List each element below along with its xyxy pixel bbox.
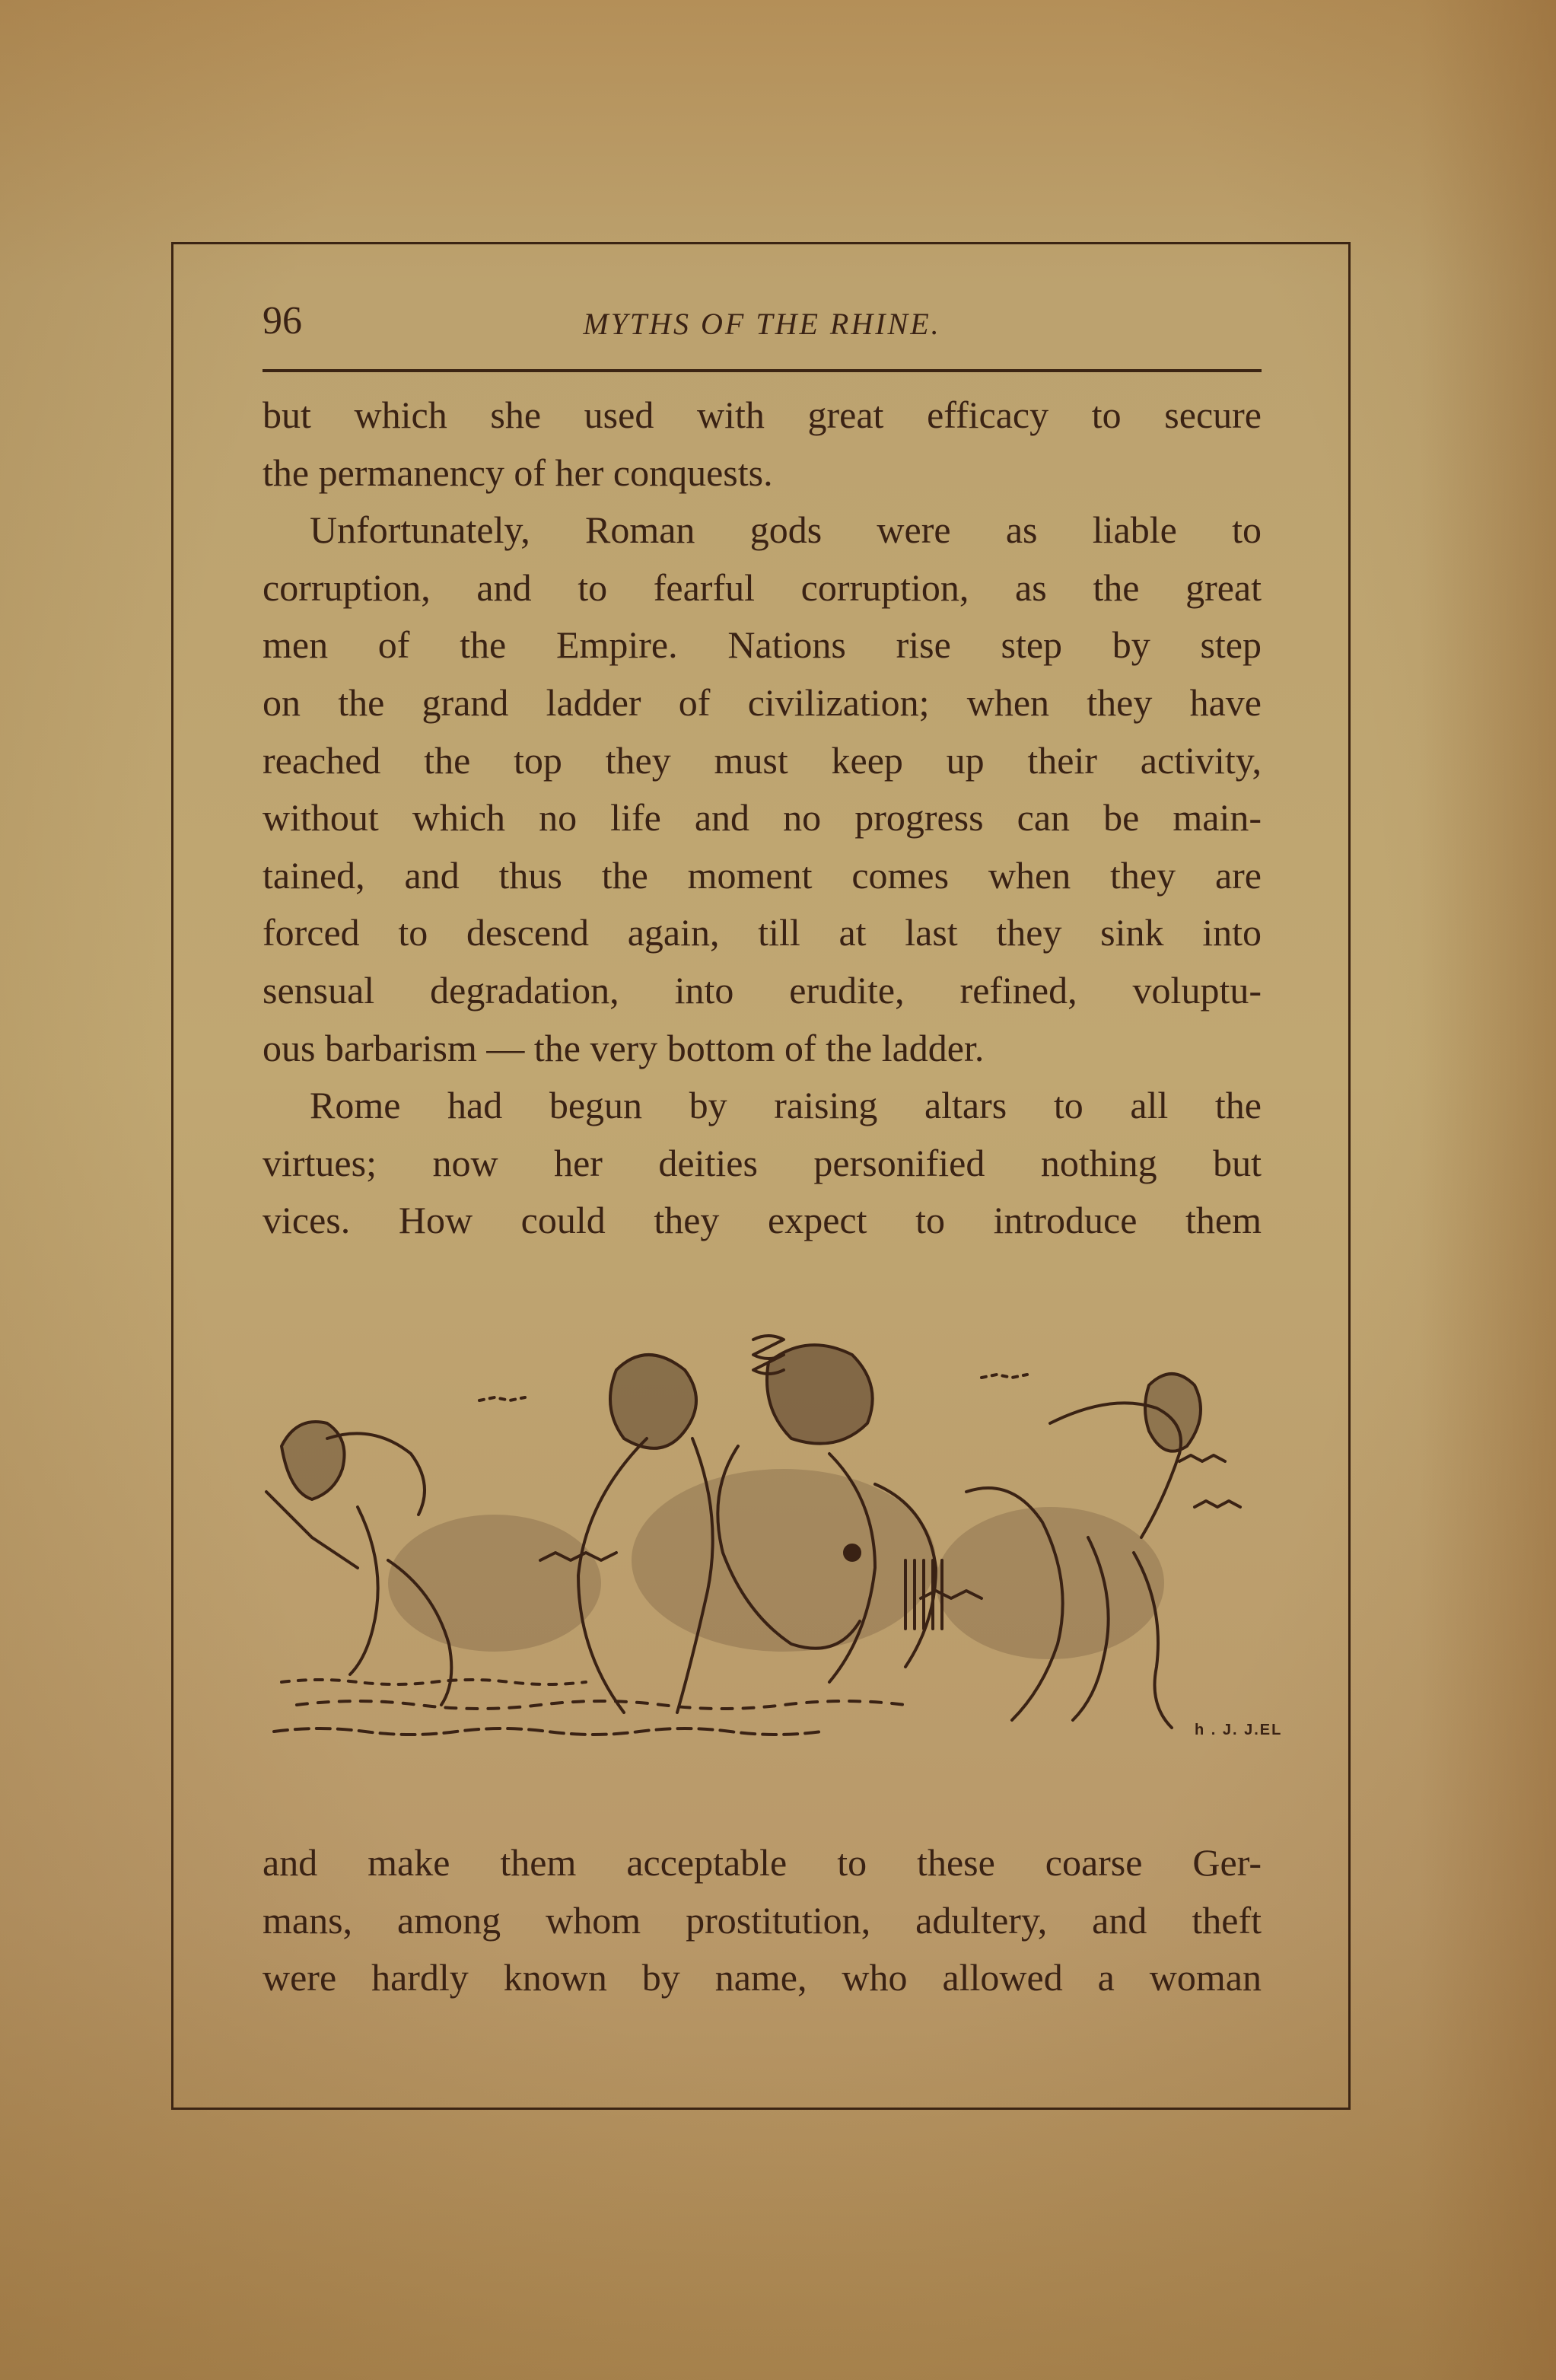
running-title: MYTHS OF THE RHINE. — [263, 306, 1262, 342]
text-line: Unfortunately, Roman gods were as liable… — [263, 502, 1262, 559]
body-text-bottom: and make them acceptable to these coarse… — [263, 1834, 1262, 2007]
text-line: virtues; now her deities personified not… — [263, 1135, 1262, 1193]
satyr-procession-engraving-icon — [251, 1309, 1286, 1766]
text-line: corruption, and to fearful corruption, a… — [263, 559, 1262, 617]
text-line: but which she used with great efficacy t… — [263, 387, 1262, 444]
header-rule — [263, 369, 1262, 372]
text-line: mans, among whom prostitution, adultery,… — [263, 1892, 1262, 1950]
engraving-illustration — [251, 1309, 1286, 1766]
engraver-signature: h . J. J.EL — [1195, 1722, 1282, 1739]
text-line: forced to descend again, till at last th… — [263, 904, 1262, 962]
text-line: on the grand ladder of civilization; whe… — [263, 674, 1262, 732]
text-line: ous barbarism — the very bottom of the l… — [263, 1020, 1262, 1078]
text-line: men of the Empire. Nations rise step by … — [263, 617, 1262, 674]
text-line: were hardly known by name, who allowed a… — [263, 1949, 1262, 2007]
text-line: the permanency of her conquests. — [263, 444, 1262, 502]
body-text-top: but which she used with great efficacy t… — [263, 387, 1262, 1250]
page-edge-shadow — [1419, 0, 1556, 2380]
running-head: 96 MYTHS OF THE RHINE. — [263, 298, 1262, 352]
text-line: vices. How could they expect to introduc… — [263, 1192, 1262, 1250]
text-line: without which no life and no progress ca… — [263, 789, 1262, 847]
text-line: Rome had begun by raising altars to all … — [263, 1077, 1262, 1135]
text-line: and make them acceptable to these coarse… — [263, 1834, 1262, 1892]
text-line: reached the top they must keep up their … — [263, 732, 1262, 790]
text-line: sensual degradation, into erudite, refin… — [263, 962, 1262, 1020]
text-line: tained, and thus the moment comes when t… — [263, 847, 1262, 905]
